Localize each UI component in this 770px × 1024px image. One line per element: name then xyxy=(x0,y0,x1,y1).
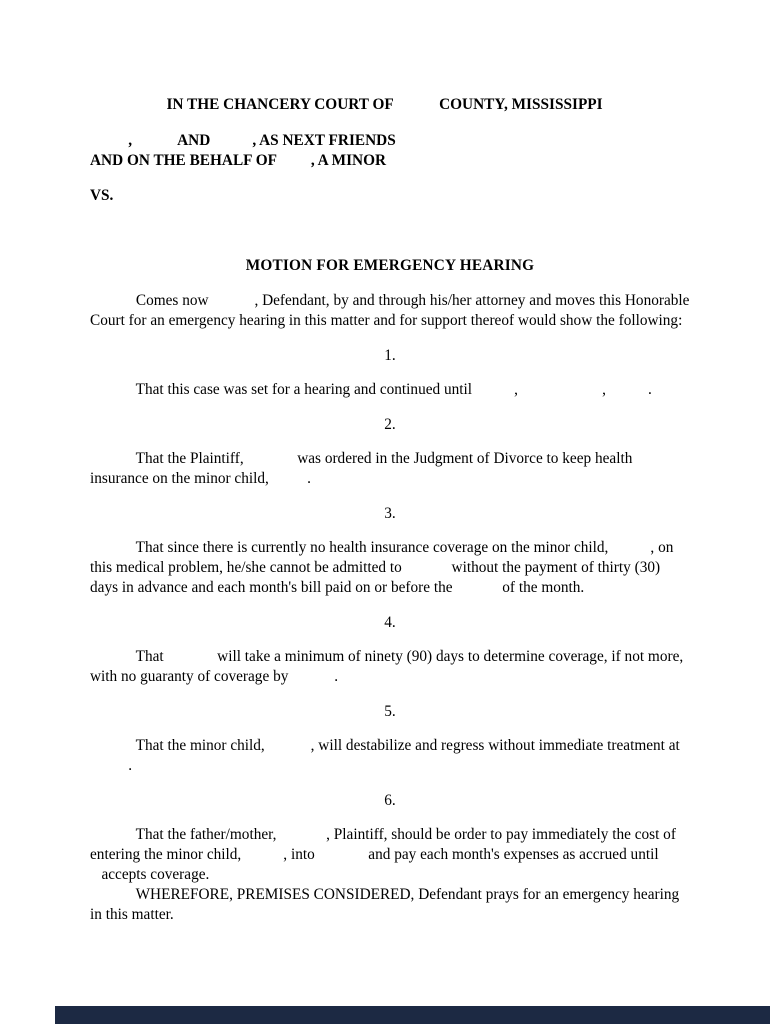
section-3-text: That since there is currently no health … xyxy=(90,538,690,598)
section-6-text: That the father/mother, , Plaintiff, sho… xyxy=(90,825,690,925)
section-5-line-2: . xyxy=(90,756,690,776)
section-4-text: That will take a minimum of ninety (90) … xyxy=(90,647,690,687)
section-1-line-1: That this case was set for a hearing and… xyxy=(90,380,690,400)
section-5-text: That the minor child, , will destabilize… xyxy=(90,736,690,776)
section-number-4: 4. xyxy=(90,613,690,633)
wherefore-line-1: WHEREFORE, PREMISES CONSIDERED, Defendan… xyxy=(90,885,690,905)
section-2-text: That the Plaintiff, was ordered in the J… xyxy=(90,449,690,489)
wherefore-line-2: in this matter. xyxy=(90,905,690,925)
case-caption-line-2: AND ON THE BEHALF OF , A MINOR xyxy=(90,151,690,171)
section-3-line-3: days in advance and each month's bill pa… xyxy=(90,578,690,598)
section-number-2: 2. xyxy=(90,415,690,435)
intro-paragraph-line-2: Court for an emergency hearing in this m… xyxy=(90,311,690,331)
section-3-line-2: this medical problem, he/she cannot be a… xyxy=(90,558,690,578)
section-4-line-2: with no guaranty of coverage by . xyxy=(90,667,690,687)
bottom-bar xyxy=(55,1006,770,1024)
section-number-5: 5. xyxy=(90,702,690,722)
document-page: IN THE CHANCERY COURT OF COUNTY, MISSISS… xyxy=(0,0,770,1024)
section-4-line-1: That will take a minimum of ninety (90) … xyxy=(90,647,690,667)
case-caption: , AND , AS NEXT FRIENDS AND ON THE BEHAL… xyxy=(90,131,690,171)
section-number-1: 1. xyxy=(90,346,690,366)
intro-paragraph-line-1: Comes now , Defendant, by and through hi… xyxy=(90,291,690,311)
section-2-line-2: insurance on the minor child, . xyxy=(90,469,690,489)
section-6-line-3: accepts coverage. xyxy=(90,865,690,885)
section-number-3: 3. xyxy=(90,504,690,524)
vs-label: VS. xyxy=(90,186,690,206)
section-1-text: That this case was set for a hearing and… xyxy=(90,380,690,400)
section-6-line-2: entering the minor child, , into and pay… xyxy=(90,845,690,865)
section-3-line-1: That since there is currently no health … xyxy=(90,538,690,558)
intro-paragraph: Comes now , Defendant, by and through hi… xyxy=(90,291,690,331)
section-5-line-1: That the minor child, , will destabilize… xyxy=(90,736,690,756)
document-content: IN THE CHANCERY COURT OF COUNTY, MISSISS… xyxy=(0,0,770,925)
section-number-6: 6. xyxy=(90,791,690,811)
case-caption-line-1: , AND , AS NEXT FRIENDS xyxy=(90,131,690,151)
section-6-line-1: That the father/mother, , Plaintiff, sho… xyxy=(90,825,690,845)
court-header-line: IN THE CHANCERY COURT OF COUNTY, MISSISS… xyxy=(90,95,690,115)
document-title: MOTION FOR EMERGENCY HEARING xyxy=(90,256,690,276)
section-2-line-1: That the Plaintiff, was ordered in the J… xyxy=(90,449,690,469)
